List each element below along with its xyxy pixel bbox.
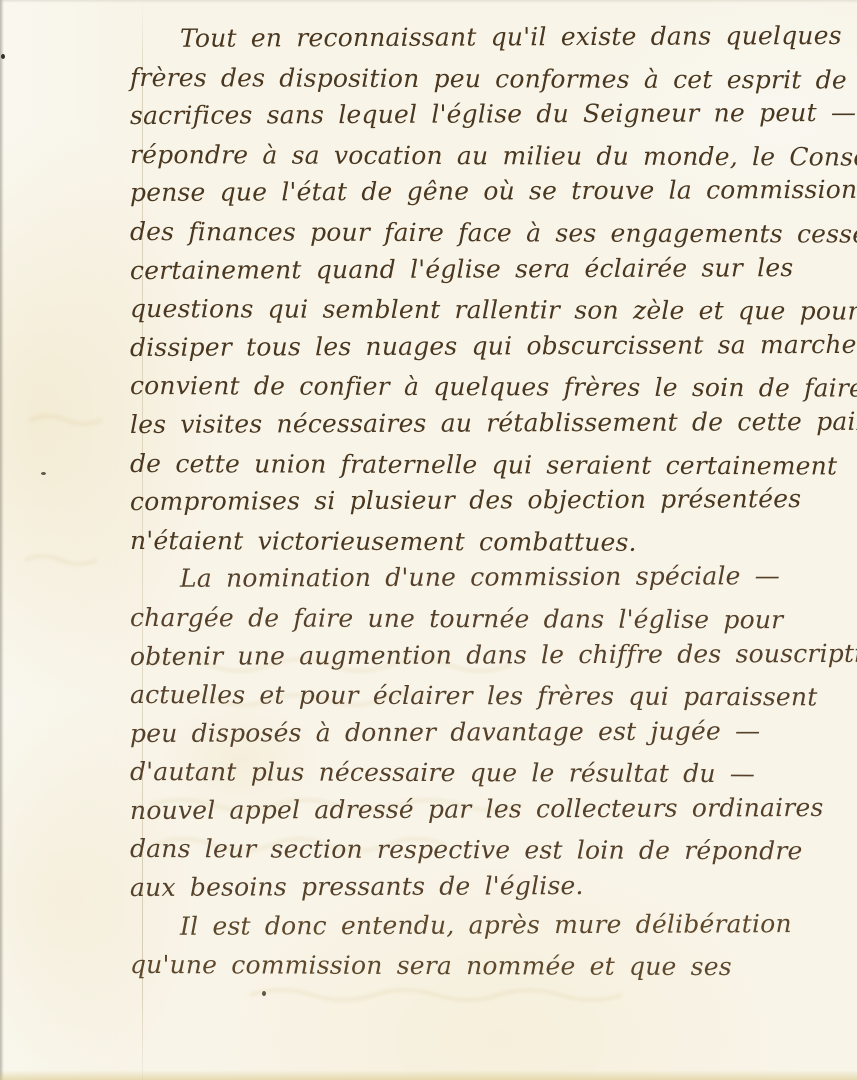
manuscript-line: La nomination d'une commission spéciale …: [130, 557, 852, 599]
paragraph: Il est donc entendu, après mure délibéra…: [130, 908, 852, 985]
manuscript-line: les visites nécessaires au rétablissemen…: [130, 403, 852, 445]
ink-speck: [41, 472, 46, 475]
paper-left-edge: [0, 0, 4, 1080]
manuscript-line: d'autant plus nécessaire que le résultat…: [130, 753, 852, 794]
manuscript-line: convient de confier à quelques frères le…: [130, 367, 852, 408]
manuscript-line: certainement quand l'église sera éclairé…: [130, 248, 852, 290]
manuscript-line: chargée de faire une tournée dans l'égli…: [130, 599, 852, 640]
manuscript-line: nouvel appel adressé par les collecteurs…: [130, 789, 852, 831]
paragraph: La nomination d'une commission spéciale …: [130, 560, 852, 907]
manuscript-line: obtenir une augmention dans le chiffre d…: [130, 634, 852, 676]
letter-body: Tout en reconnaissant qu'il existe dans …: [130, 20, 852, 985]
manuscript-line: questions qui semblent rallentir son zèl…: [130, 290, 852, 331]
manuscript-line: sacrifices sans lequel l'église du Seign…: [130, 94, 852, 136]
paragraph: Tout en reconnaissant qu'il existe dans …: [130, 20, 852, 560]
manuscript-line: des finances pour faire face à ses engag…: [130, 213, 852, 254]
manuscript-line: actuelles et pour éclairer les frères qu…: [130, 676, 852, 717]
paper-bottom-edge: [0, 1070, 857, 1080]
manuscript-line: aux besoins pressants de l'église.: [130, 866, 852, 908]
manuscript-line: compromises si plusieur des objection pr…: [130, 480, 852, 522]
manuscript-line: qu'une commission sera nommée et que ses: [130, 946, 852, 987]
manuscript-line: dissiper tous les nuages qui obscurcisse…: [130, 326, 852, 368]
ink-speck: [1, 54, 5, 59]
manuscript-line: peu disposés à donner davantage est jugé…: [130, 712, 852, 754]
manuscript-page: Tout en reconnaissant qu'il existe dans …: [0, 0, 857, 1080]
manuscript-line: Il est donc entendu, après mure délibéra…: [130, 905, 852, 947]
manuscript-line: pense que l'état de gêne où se trouve la…: [130, 171, 852, 213]
manuscript-line: Tout en reconnaissant qu'il existe dans …: [130, 17, 852, 59]
paper-top-edge: [0, 0, 857, 3]
ink-speck: [262, 991, 266, 996]
